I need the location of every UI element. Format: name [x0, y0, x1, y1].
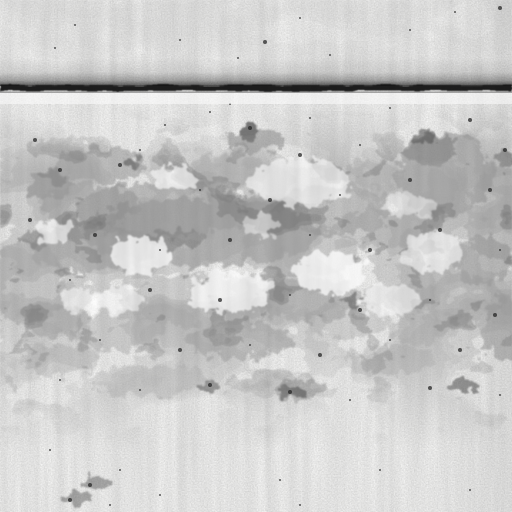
- panel-seam-groove: [0, 58, 512, 104]
- seam-bright-lip: [0, 92, 512, 104]
- seam-under-shadow: [0, 92, 512, 94]
- seam-core-line: [0, 85, 512, 91]
- wall-texture-image: [0, 0, 512, 512]
- grunge-wall-texture-photo: [0, 0, 512, 512]
- seam-shadow-gradient: [0, 58, 512, 86]
